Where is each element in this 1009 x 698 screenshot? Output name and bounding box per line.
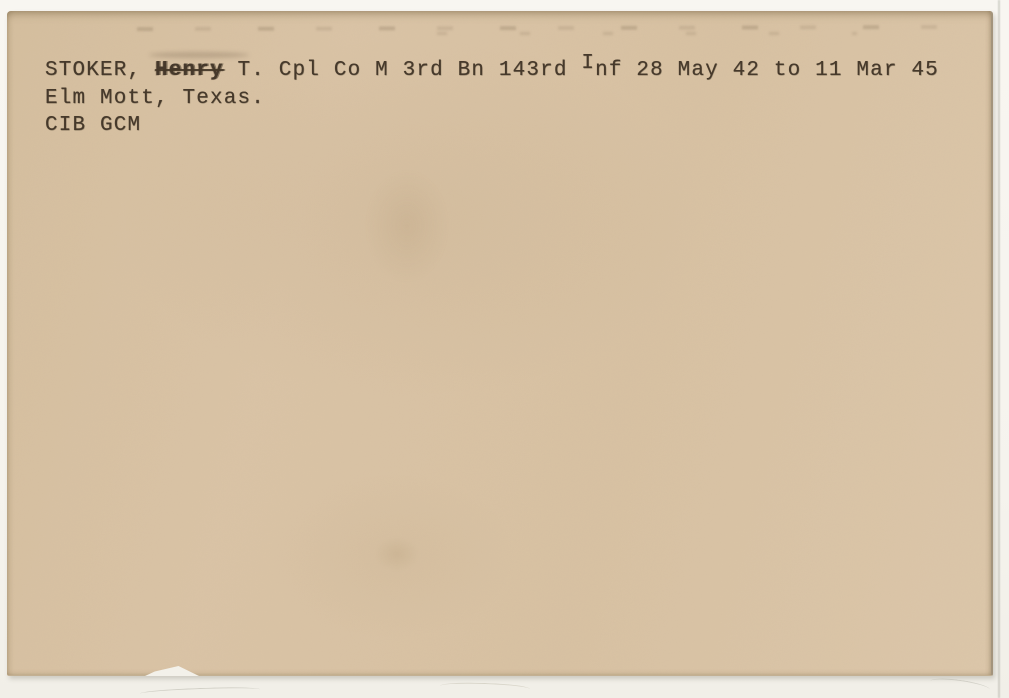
paper-stain-small bbox=[367, 531, 427, 577]
typewritten-line-hometown: Elm Mott, Texas. bbox=[45, 85, 975, 113]
rank-unit-text: T. Cpl Co M 3rd Bn 143rd bbox=[224, 59, 582, 82]
service-dates-text: nf 28 May 42 to 11 Mar 45 bbox=[595, 59, 939, 82]
card-edge-chip bbox=[145, 666, 199, 676]
margin-scratch bbox=[930, 676, 991, 695]
scanned-document-background: STOKER, Henry T. Cpl Co M 3rd Bn 143rd I… bbox=[0, 0, 1009, 698]
margin-scratch bbox=[140, 686, 260, 697]
typewritten-line-awards: CIB GCM bbox=[45, 112, 975, 140]
raised-typewriter-letter: I bbox=[581, 52, 595, 75]
faded-ink-smudge-row bbox=[137, 25, 977, 31]
index-card: STOKER, Henry T. Cpl Co M 3rd Bn 143rd I… bbox=[7, 11, 993, 676]
faded-ink-smudge-row-secondary bbox=[437, 32, 857, 35]
margin-scratch bbox=[440, 681, 530, 693]
surname-text: STOKER, bbox=[45, 59, 155, 82]
scanner-edge-line bbox=[998, 0, 1000, 698]
typewritten-text-block: STOKER, Henry T. Cpl Co M 3rd Bn 143rd I… bbox=[45, 57, 975, 140]
overstruck-first-name: Henry bbox=[155, 59, 224, 82]
paper-stain bbox=[352, 151, 462, 301]
typewritten-line-service-record: STOKER, Henry T. Cpl Co M 3rd Bn 143rd I… bbox=[45, 57, 975, 85]
